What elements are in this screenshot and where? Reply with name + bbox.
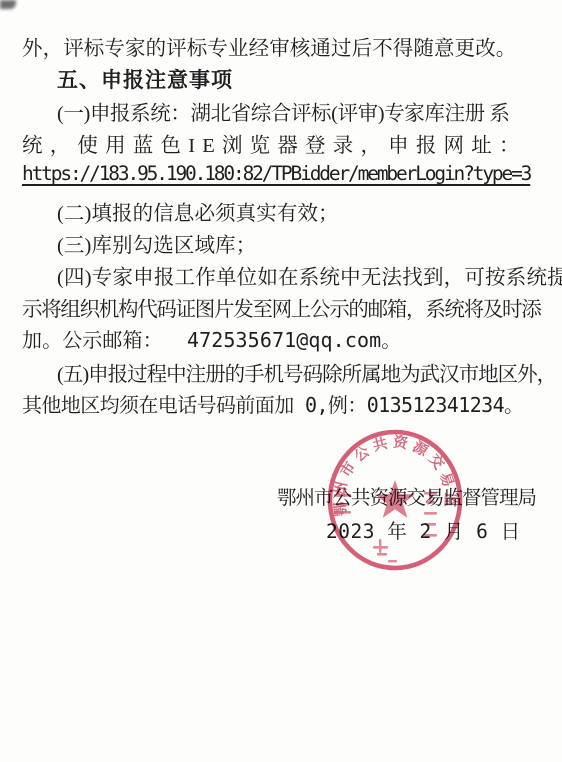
signature-date: 2023 年 2 月 6 日 [326,516,521,544]
registration-url: https://183.95.190.180:82/TPBidder/membe… [22,162,530,185]
signature-agency-name: 鄂州市公共资源交易监督管理局 [277,482,536,510]
phone-example-line: 其他地区均须在电话号码前面加 0,例：013512341234。 [22,389,523,418]
body-line: (五)申报过程中注册的手机号码除所属地为武汉市地区外， [57,357,556,387]
scanned-document-page: 外，评标专家的评标专业经审核通过后不得随意更改。 五、申报注意事项 (一)申报系… [0,0,562,762]
body-line: (四)专家申报工作单位如在系统中无法找到，可按系统提 [57,260,562,290]
body-line: (二)填报的信息必须真实有效； [57,196,339,226]
body-line: (一)申报系统：湖北省综合评标(评审)专家库注册 系 [57,96,510,126]
public-email-line: 加。公示邮箱： 472535671@qq.com。 [22,324,401,353]
body-line: 示将组织机构代码证图片发至网上公示的邮箱，系统将及时添 [22,292,540,322]
body-line: 统，使用蓝色IE浏览器登录，申报网址： [22,128,527,158]
scan-smudge-artifact [0,0,16,9]
body-line: (三)库别勾选区域库； [57,228,256,258]
section-heading: 五、申报注意事项 [57,64,233,94]
body-line: 外，评标专家的评标专业经审核通过后不得随意更改。 [22,31,516,61]
